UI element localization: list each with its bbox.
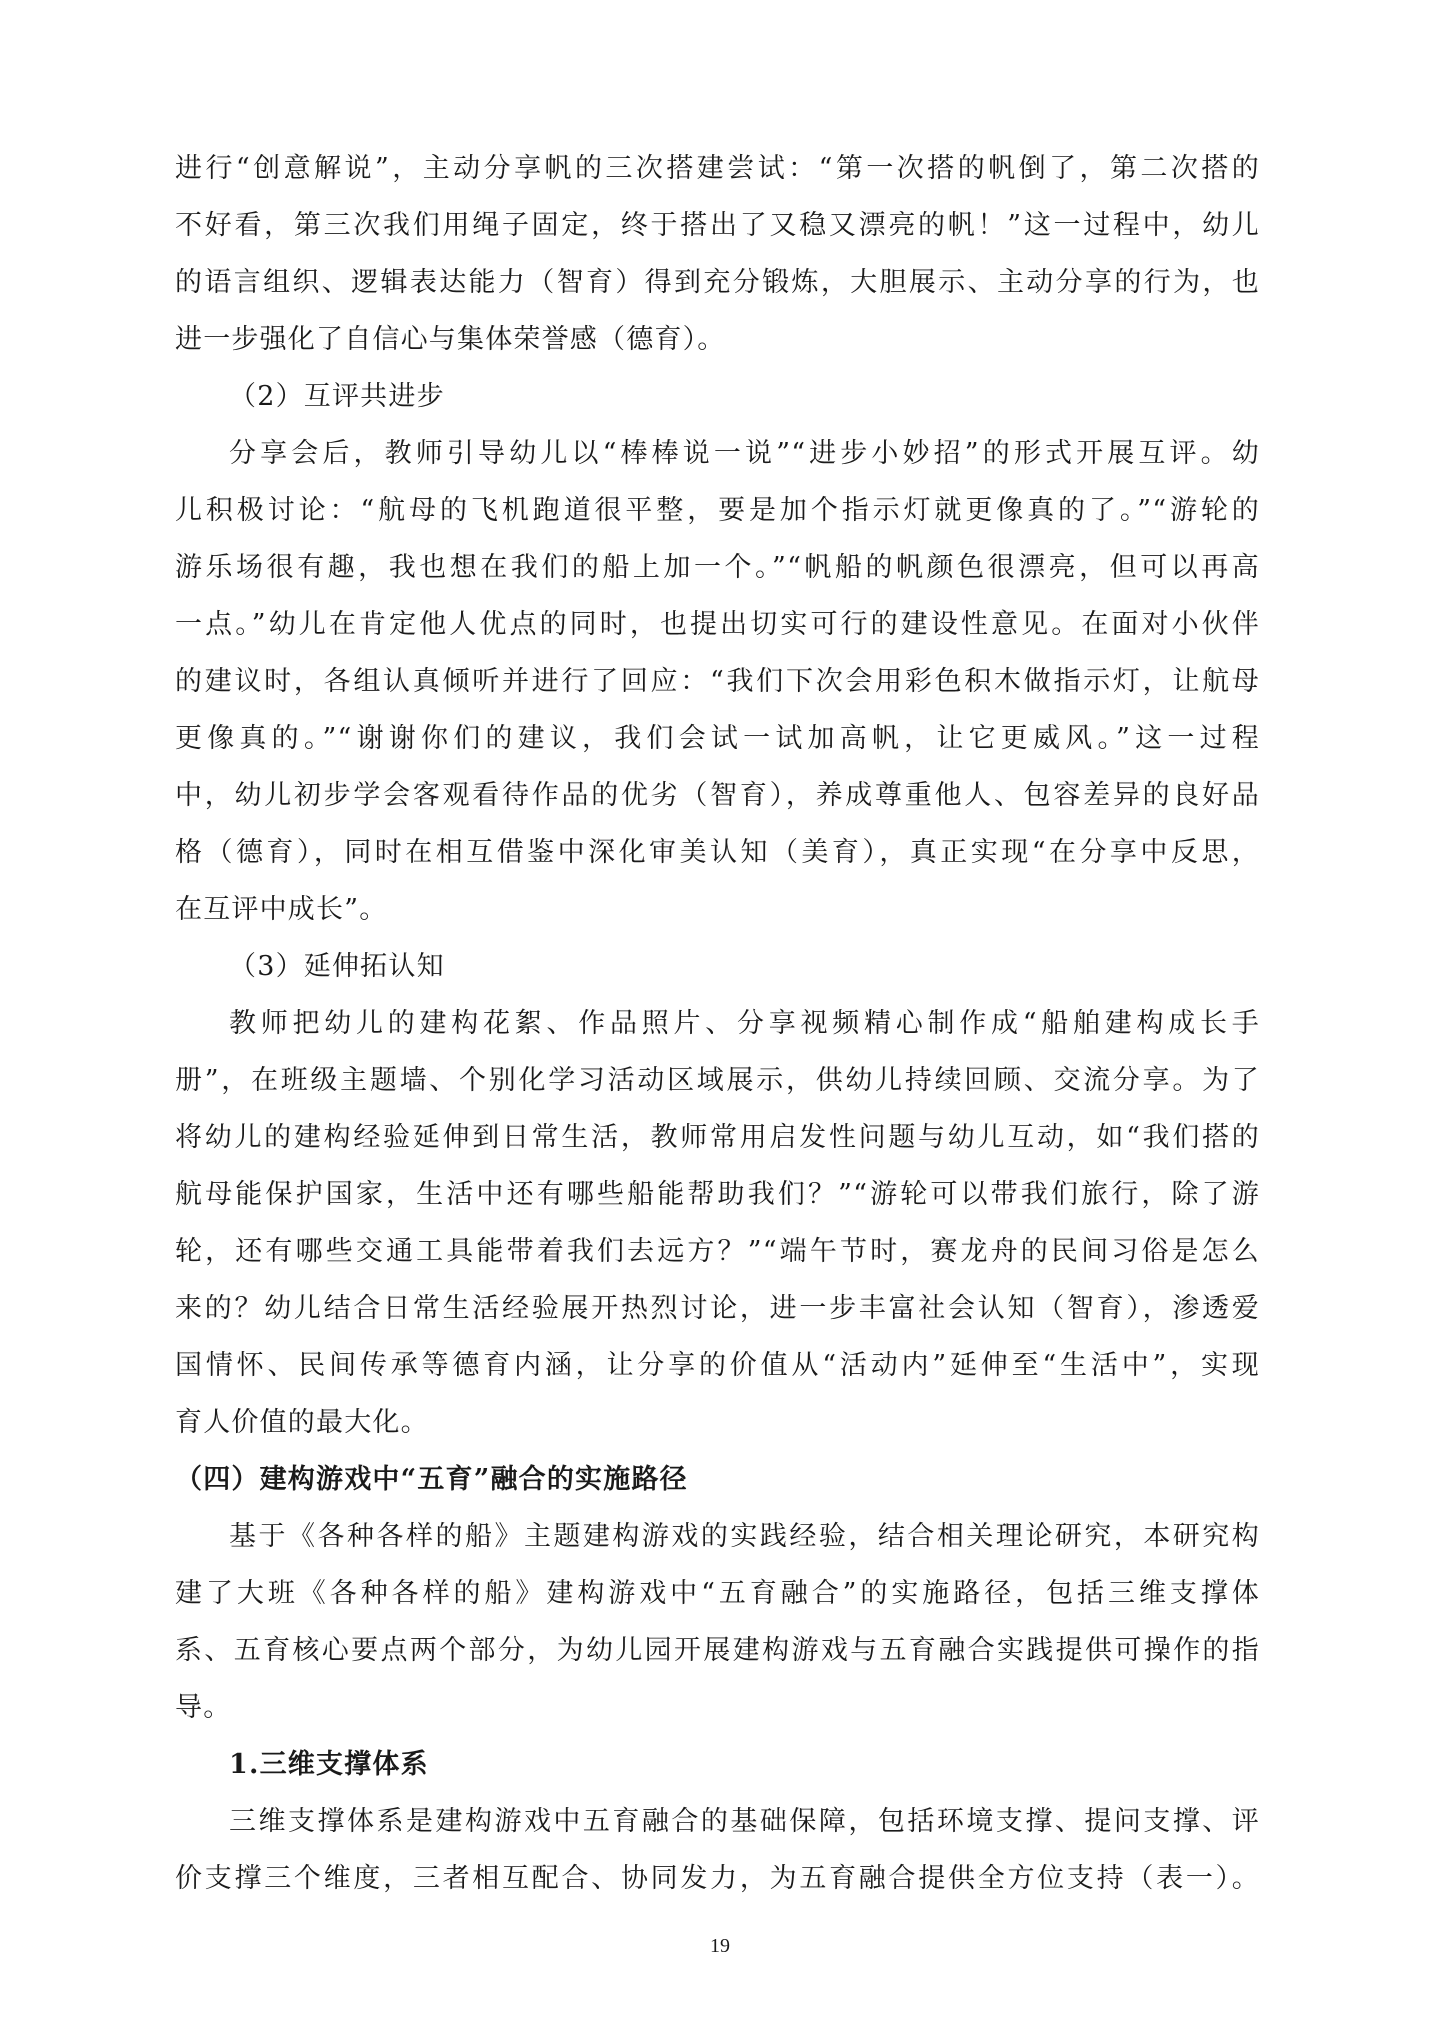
paragraph-line: 将幼儿的建构经验延伸到日常生活，教师常用启发性问题与幼儿互动，如“我们搭的 xyxy=(175,1109,1260,1166)
paragraph-line: 更像真的。”“谢谢你们的建议，我们会试一试加高帆，让它更威风。”这一过程 xyxy=(175,710,1260,767)
paragraph-line: 轮，还有哪些交通工具能带着我们去远方？”“端午节时，赛龙舟的民间习俗是怎么 xyxy=(175,1223,1260,1280)
paragraph-line: 在互评中成长”。 xyxy=(175,881,1260,938)
subsection-heading-1: 1.三维支撑体系 xyxy=(175,1736,1260,1793)
subheading-extend-cognition: （3）延伸拓认知 xyxy=(175,938,1260,995)
paragraph-line: 导。 xyxy=(175,1679,1260,1736)
paragraph-line: 来的？幼儿结合日常生活经验展开热烈讨论，进一步丰富社会认知（智育），渗透爱 xyxy=(175,1280,1260,1337)
paragraph-line: 分享会后，教师引导幼儿以“棒棒说一说”“进步小妙招”的形式开展互评。幼 xyxy=(175,425,1260,482)
section-heading-4: （四）建构游戏中“五育”融合的实施路径 xyxy=(175,1451,1260,1508)
paragraph-line: 系、五育核心要点两个部分，为幼儿园开展建构游戏与五育融合实践提供可操作的指 xyxy=(175,1622,1260,1679)
paragraph-line: 册”，在班级主题墙、个别化学习活动区域展示，供幼儿持续回顾、交流分享。为了 xyxy=(175,1052,1260,1109)
paragraph-line: 一点。”幼儿在肯定他人优点的同时，也提出切实可行的建设性意见。在面对小伙伴 xyxy=(175,596,1260,653)
paragraph-line: 育人价值的最大化。 xyxy=(175,1394,1260,1451)
paragraph-line: 中，幼儿初步学会客观看待作品的优劣（智育），养成尊重他人、包容差异的良好品 xyxy=(175,767,1260,824)
paragraph-line: 航母能保护国家，生活中还有哪些船能帮助我们？”“游轮可以带我们旅行，除了游 xyxy=(175,1166,1260,1223)
page-number: 19 xyxy=(0,1935,1440,1958)
paragraph-line: 价支撑三个维度，三者相互配合、协同发力，为五育融合提供全方位支持（表一）。 xyxy=(175,1850,1260,1907)
subheading-mutual-evaluation: （2）互评共进步 xyxy=(175,368,1260,425)
paragraph-line: 建了大班《各种各样的船》建构游戏中“五育融合”的实施路径，包括三维支撑体 xyxy=(175,1565,1260,1622)
paragraph-line: 三维支撑体系是建构游戏中五育融合的基础保障，包括环境支撑、提问支撑、评 xyxy=(175,1793,1260,1850)
paragraph-line: 进行“创意解说”，主动分享帆的三次搭建尝试：“第一次搭的帆倒了，第二次搭的 xyxy=(175,140,1260,197)
paragraph-line: 格（德育），同时在相互借鉴中深化审美认知（美育），真正实现“在分享中反思， xyxy=(175,824,1260,881)
paragraph-line: 进一步强化了自信心与集体荣誉感（德育）。 xyxy=(175,311,1260,368)
document-page: 进行“创意解说”，主动分享帆的三次搭建尝试：“第一次搭的帆倒了，第二次搭的 不好… xyxy=(175,140,1260,1907)
paragraph-line: 基于《各种各样的船》主题建构游戏的实践经验，结合相关理论研究，本研究构 xyxy=(175,1508,1260,1565)
paragraph-line: 不好看，第三次我们用绳子固定，终于搭出了又稳又漂亮的帆！”这一过程中，幼儿 xyxy=(175,197,1260,254)
paragraph-line: 的语言组织、逻辑表达能力（智育）得到充分锻炼，大胆展示、主动分享的行为，也 xyxy=(175,254,1260,311)
paragraph-line: 教师把幼儿的建构花絮、作品照片、分享视频精心制作成“船舶建构成长手 xyxy=(175,995,1260,1052)
paragraph-line: 的建议时，各组认真倾听并进行了回应：“我们下次会用彩色积木做指示灯，让航母 xyxy=(175,653,1260,710)
paragraph-line: 国情怀、民间传承等德育内涵，让分享的价值从“活动内”延伸至“生活中”，实现 xyxy=(175,1337,1260,1394)
paragraph-line: 儿积极讨论：“航母的飞机跑道很平整，要是加个指示灯就更像真的了。”“游轮的 xyxy=(175,482,1260,539)
paragraph-line: 游乐场很有趣，我也想在我们的船上加一个。”“帆船的帆颜色很漂亮，但可以再高 xyxy=(175,539,1260,596)
